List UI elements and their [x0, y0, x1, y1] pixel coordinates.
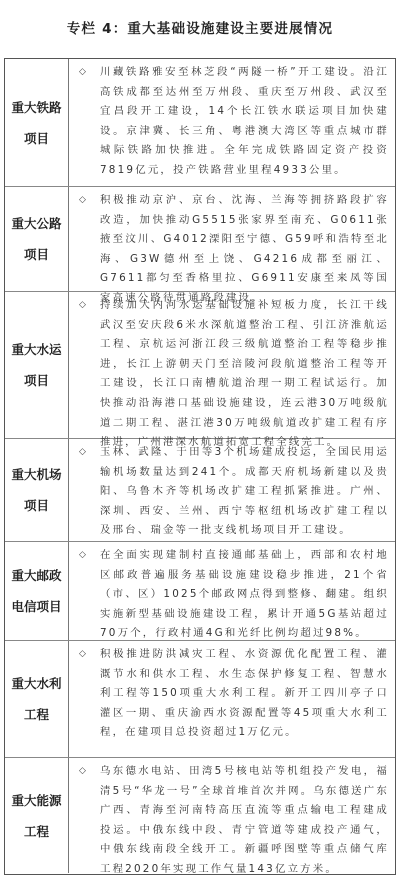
row-content-cell: ◇ 持续加大内河水运基础设施补短板力度，长江干线武汉至安庆段6米水深航道整治工程… [69, 292, 395, 438]
row-content-cell: ◇ 在全面实现建制村直接通邮基础上，西部和农村地区邮政普遍服务基础设施建设稳步推… [69, 542, 395, 640]
row-label-cell: 重大邮政电信项目 [5, 542, 69, 640]
diamond-bullet-icon: ◇ [79, 300, 86, 310]
row-content-cell: ◇ 积极推动京沪、京台、沈海、兰海等拥挤路段扩容改造，加快推动G5515张家界至… [69, 187, 395, 291]
row-label-cell: 重大水运项目 [5, 292, 69, 438]
row-label: 重大公路项目 [11, 208, 63, 270]
row-content-text: 川藏铁路雅安至林芝段“两隧一桥”开工建设。沿江高铁成都至达州至万州段、重庆至万州… [100, 63, 389, 181]
table-row-railway: 重大铁路项目 ◇ 川藏铁路雅安至林芝段“两隧一桥”开工建设。沿江高铁成都至达州至… [5, 59, 395, 187]
diamond-bullet-icon: ◇ [79, 195, 86, 205]
diamond-bullet-icon: ◇ [79, 67, 86, 77]
row-content-cell: ◇ 川藏铁路雅安至林芝段“两隧一桥”开工建设。沿江高铁成都至达州至万州段、重庆至… [69, 59, 395, 186]
diamond-bullet-icon: ◇ [79, 550, 86, 560]
diamond-bullet-icon: ◇ [79, 649, 86, 659]
page-title: 专栏 4：重大基础设施建设主要进展情况 [0, 17, 400, 37]
row-label: 重大邮政电信项目 [11, 560, 63, 622]
infrastructure-table: 重大铁路项目 ◇ 川藏铁路雅安至林芝段“两隧一桥”开工建设。沿江高铁成都至达州至… [4, 58, 396, 875]
row-label-cell: 重大公路项目 [5, 187, 69, 291]
table-row-airport: 重大机场项目 ◇ 玉林、武隆、于田等3个机场建成投运，全国民用运输机场数量达到2… [5, 439, 395, 542]
row-label: 重大机场项目 [11, 459, 63, 521]
row-content-text: 玉林、武隆、于田等3个机场建成投运，全国民用运输机场数量达到241个。成都天府机… [100, 443, 389, 541]
row-content-text: 持续加大内河水运基础设施补短板力度，长江干线武汉至安庆段6米水深航道整治工程、引… [100, 296, 389, 453]
table-row-water-conservancy: 重大水利工程 ◇ 积极推进防洪减灾工程、水资源优化配置工程、灌溉节水和供水工程、… [5, 641, 395, 758]
row-content-cell: ◇ 乌东德水电站、田湾5号核电站等机组投产发电，福清5号“华龙一号”全球首堆首次… [69, 758, 395, 873]
diamond-bullet-icon: ◇ [79, 447, 86, 457]
row-content-text: 乌东德水电站、田湾5号核电站等机组投产发电，福清5号“华龙一号”全球首堆首次并网… [100, 762, 389, 880]
table-row-postal-telecom: 重大邮政电信项目 ◇ 在全面实现建制村直接通邮基础上，西部和农村地区邮政普遍服务… [5, 542, 395, 641]
row-label-cell: 重大铁路项目 [5, 59, 69, 186]
row-label: 重大水利工程 [11, 668, 63, 730]
row-label: 重大能源工程 [11, 785, 63, 847]
table-row-energy: 重大能源工程 ◇ 乌东德水电站、田湾5号核电站等机组投产发电，福清5号“华龙一号… [5, 758, 395, 873]
row-label-cell: 重大能源工程 [5, 758, 69, 873]
row-label-cell: 重大机场项目 [5, 439, 69, 541]
row-label-cell: 重大水利工程 [5, 641, 69, 757]
row-content-text: 积极推动京沪、京台、沈海、兰海等拥挤路段扩容改造，加快推动G5515张家界至南充… [100, 191, 389, 309]
row-content-cell: ◇ 积极推进防洪减灾工程、水资源优化配置工程、灌溉节水和供水工程、水生态保护修复… [69, 641, 395, 757]
row-content-cell: ◇ 玉林、武隆、于田等3个机场建成投运，全国民用运输机场数量达到241个。成都天… [69, 439, 395, 541]
table-row-highway: 重大公路项目 ◇ 积极推动京沪、京台、沈海、兰海等拥挤路段扩容改造，加快推动G5… [5, 187, 395, 292]
table-row-waterway: 重大水运项目 ◇ 持续加大内河水运基础设施补短板力度，长江干线武汉至安庆段6米水… [5, 292, 395, 439]
row-label: 重大铁路项目 [11, 92, 63, 154]
row-content-text: 在全面实现建制村直接通邮基础上，西部和农村地区邮政普遍服务基础设施建设稳步推进，… [100, 546, 389, 644]
row-label: 重大水运项目 [11, 334, 63, 396]
row-content-text: 积极推进防洪减灾工程、水资源优化配置工程、灌溉节水和供水工程、水生态保护修复工程… [100, 645, 389, 743]
diamond-bullet-icon: ◇ [79, 766, 86, 776]
